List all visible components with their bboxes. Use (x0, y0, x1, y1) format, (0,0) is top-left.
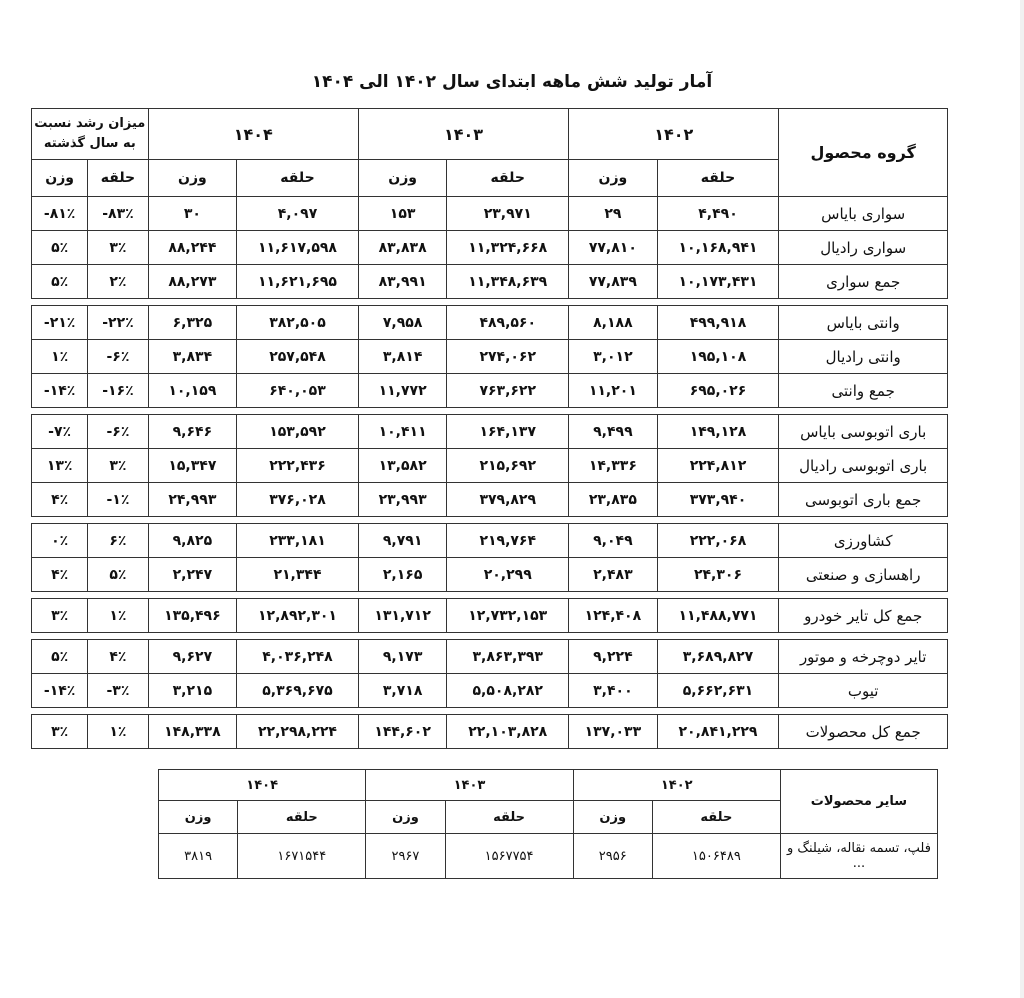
growth-ring-cell: -۲۲٪ (88, 306, 148, 340)
table-row: جمع سواری۱۰,۱۷۳,۴۳۱۷۷,۸۳۹۱۱,۳۴۸,۶۳۹۸۳,۹۹… (32, 265, 948, 299)
weight-1403-cell: ۲۳,۹۹۳ (358, 483, 446, 517)
ring-1403-cell: ۲۱۵,۶۹۲ (447, 449, 569, 483)
growth-weight-cell: -۸۱٪ (32, 197, 88, 231)
growth-ring-cell: ۶٪ (88, 524, 148, 558)
other-ring-header: حلقه (652, 801, 780, 834)
ring-1402-cell: ۱۵۰۶۴۸۹ (652, 834, 780, 879)
growth-ring-cell: ۱٪ (88, 715, 148, 749)
ring-1404-cell: ۲۲,۲۹۸,۲۲۴ (237, 715, 359, 749)
growth-weight-cell: ۱٪ (32, 340, 88, 374)
other-weight-header: وزن (366, 801, 445, 834)
table-row: راهسازی و صنعتی۲۴,۳۰۶۲,۴۸۳۲۰,۲۹۹۲,۱۶۵۲۱,… (32, 558, 948, 592)
product-group-cell: باری اتوبوسی بایاس (779, 415, 948, 449)
weight-1403-cell: ۳,۷۱۸ (358, 674, 446, 708)
ring-1404-cell: ۲۲۲,۴۳۶ (237, 449, 359, 483)
ring-1403-cell: ۳۷۹,۸۲۹ (447, 483, 569, 517)
product-group-cell: وانتی رادیال (779, 340, 948, 374)
other-year-1403-header: ۱۴۰۳ (366, 770, 573, 801)
weight-1403-cell: ۹,۱۷۳ (358, 640, 446, 674)
table-row: سواری بایاس۴,۴۹۰۲۹۲۳,۹۷۱۱۵۳۴,۰۹۷۳۰-۸۳٪-۸… (32, 197, 948, 231)
other-group-header: سایر محصولات (780, 770, 937, 834)
weight-1403-cell: ۱۰,۴۱۱ (358, 415, 446, 449)
growth-weight-header: وزن (32, 160, 88, 197)
growth-weight-cell: -۷٪ (32, 415, 88, 449)
ring-header: حلقه (657, 160, 779, 197)
product-group-cell: تیوب (779, 674, 948, 708)
weight-1404-cell: ۳۸۱۹ (159, 834, 238, 879)
ring-1403-cell: ۲۱۹,۷۶۴ (447, 524, 569, 558)
weight-1403-cell: ۱۴۴,۶۰۲ (358, 715, 446, 749)
table-row: وانتی بایاس۴۹۹,۹۱۸۸,۱۸۸۴۸۹,۵۶۰۷,۹۵۸۳۸۲,۵… (32, 306, 948, 340)
ring-1402-cell: ۲۲۲,۰۶۸ (657, 524, 779, 558)
growth-ring-cell: -۸۳٪ (88, 197, 148, 231)
ring-1403-cell: ۴۸۹,۵۶۰ (447, 306, 569, 340)
weight-1402-cell: ۷۷,۸۱۰ (569, 231, 657, 265)
weight-1404-cell: ۲,۲۴۷ (148, 558, 236, 592)
weight-1403-cell: ۲۹۶۷ (366, 834, 445, 879)
section-divider-cell (32, 517, 948, 524)
production-table: گروه محصول ۱۴۰۲ ۱۴۰۳ ۱۴۰۴ میزان رشد نسبت… (31, 108, 948, 749)
weight-1402-cell: ۱۱,۲۰۱ (569, 374, 657, 408)
growth-ring-cell: -۳٪ (88, 674, 148, 708)
other-year-1402-header: ۱۴۰۲ (573, 770, 780, 801)
weight-1404-cell: ۲۴,۹۹۳ (148, 483, 236, 517)
weight-1402-cell: ۱۲۴,۴۰۸ (569, 599, 657, 633)
growth-ring-cell: ۱٪ (88, 599, 148, 633)
growth-ring-cell: ۴٪ (88, 640, 148, 674)
growth-weight-cell: -۲۱٪ (32, 306, 88, 340)
page-title: آمار تولید شش ماهه ابتدای سال ۱۴۰۲ الی ۱… (0, 72, 1024, 92)
ring-1402-cell: ۱۴۹,۱۲۸ (657, 415, 779, 449)
weight-1404-cell: ۱۴۸,۳۳۸ (148, 715, 236, 749)
table-row: جمع کل محصولات۲۰,۸۴۱,۲۲۹۱۳۷,۰۳۳۲۲,۱۰۳,۸۲… (32, 715, 948, 749)
ring-1403-cell: ۲۷۴,۰۶۲ (447, 340, 569, 374)
weight-1403-cell: ۱۳۱,۷۱۲ (358, 599, 446, 633)
section-divider-cell (32, 408, 948, 415)
growth-weight-cell: ۳٪ (32, 599, 88, 633)
product-group-cell: وانتی بایاس (779, 306, 948, 340)
ring-1404-cell: ۲۵۷,۵۴۸ (237, 340, 359, 374)
product-group-cell: جمع کل محصولات (779, 715, 948, 749)
other-group-cell: فلپ، تسمه نقاله، شیلنگ و ... (780, 834, 937, 879)
section-divider (32, 408, 948, 415)
ring-1402-cell: ۶۹۵,۰۲۶ (657, 374, 779, 408)
product-group-cell: جمع باری اتوبوسی (779, 483, 948, 517)
ring-1404-cell: ۴,۰۳۶,۲۴۸ (237, 640, 359, 674)
growth-ring-cell: -۱٪ (88, 483, 148, 517)
growth-ring-cell: ۵٪ (88, 558, 148, 592)
growth-weight-cell: ۵٪ (32, 231, 88, 265)
growth-weight-cell: -۱۴٪ (32, 674, 88, 708)
growth-weight-cell: ۵٪ (32, 265, 88, 299)
product-group-cell: سواری رادیال (779, 231, 948, 265)
ring-1403-cell: ۱۶۴,۱۳۷ (447, 415, 569, 449)
product-group-header: گروه محصول (779, 109, 948, 197)
ring-1404-cell: ۳۷۶,۰۲۸ (237, 483, 359, 517)
growth-ring-cell: -۶٪ (88, 340, 148, 374)
ring-1402-cell: ۵,۶۶۲,۶۳۱ (657, 674, 779, 708)
weight-1402-cell: ۲۳,۸۳۵ (569, 483, 657, 517)
section-divider-cell (32, 592, 948, 599)
growth-weight-cell: ۴٪ (32, 483, 88, 517)
section-divider (32, 299, 948, 306)
ring-1402-cell: ۴۹۹,۹۱۸ (657, 306, 779, 340)
weight-header: وزن (148, 160, 236, 197)
ring-1402-cell: ۴,۴۹۰ (657, 197, 779, 231)
ring-1403-cell: ۲۳,۹۷۱ (447, 197, 569, 231)
section-divider (32, 517, 948, 524)
weight-1403-cell: ۳,۸۱۴ (358, 340, 446, 374)
ring-1402-cell: ۲۴,۳۰۶ (657, 558, 779, 592)
other-products-table: سایر محصولات ۱۴۰۲ ۱۴۰۳ ۱۴۰۴ حلقه وزن حلق… (158, 769, 938, 879)
ring-1404-cell: ۶۴۰,۰۵۳ (237, 374, 359, 408)
product-group-cell: تایر دوچرخه و موتور (779, 640, 948, 674)
ring-1404-cell: ۱۲,۸۹۲,۳۰۱ (237, 599, 359, 633)
section-divider-cell (32, 708, 948, 715)
page-edge (1020, 0, 1024, 998)
ring-1402-cell: ۱۱,۴۸۸,۷۷۱ (657, 599, 779, 633)
section-divider-cell (32, 299, 948, 306)
growth-ring-cell: -۱۶٪ (88, 374, 148, 408)
weight-header: وزن (569, 160, 657, 197)
product-group-cell: جمع کل تایر خودرو (779, 599, 948, 633)
growth-header: میزان رشد نسبت به سال گذشته (32, 109, 149, 160)
product-group-cell: باری اتوبوسی رادیال (779, 449, 948, 483)
ring-1403-cell: ۱۲,۷۳۲,۱۵۳ (447, 599, 569, 633)
table-row: وانتی رادیال۱۹۵,۱۰۸۳,۰۱۲۲۷۴,۰۶۲۳,۸۱۴۲۵۷,… (32, 340, 948, 374)
ring-1402-cell: ۲۲۴,۸۱۲ (657, 449, 779, 483)
weight-1404-cell: ۳۰ (148, 197, 236, 231)
table-row: باری اتوبوسی رادیال۲۲۴,۸۱۲۱۴,۳۳۶۲۱۵,۶۹۲۱… (32, 449, 948, 483)
ring-1404-cell: ۱۵۳,۵۹۲ (237, 415, 359, 449)
ring-1404-cell: ۲۱,۳۴۴ (237, 558, 359, 592)
other-weight-header: وزن (159, 801, 238, 834)
ring-1403-cell: ۷۶۳,۶۲۲ (447, 374, 569, 408)
table-row: جمع باری اتوبوسی۳۷۳,۹۴۰۲۳,۸۳۵۳۷۹,۸۲۹۲۳,۹… (32, 483, 948, 517)
ring-header: حلقه (447, 160, 569, 197)
product-group-cell: جمع سواری (779, 265, 948, 299)
weight-header: وزن (358, 160, 446, 197)
weight-1402-cell: ۷۷,۸۳۹ (569, 265, 657, 299)
ring-1403-cell: ۳,۸۶۳,۳۹۳ (447, 640, 569, 674)
weight-1404-cell: ۶,۳۲۵ (148, 306, 236, 340)
ring-1404-cell: ۳۸۲,۵۰۵ (237, 306, 359, 340)
weight-1402-cell: ۲۹۵۶ (573, 834, 652, 879)
ring-header: حلقه (237, 160, 359, 197)
weight-1404-cell: ۱۰,۱۵۹ (148, 374, 236, 408)
other-ring-header: حلقه (238, 801, 366, 834)
ring-1402-cell: ۳,۶۸۹,۸۲۷ (657, 640, 779, 674)
weight-1402-cell: ۹,۴۹۹ (569, 415, 657, 449)
ring-1403-cell: ۱۱,۳۲۴,۶۶۸ (447, 231, 569, 265)
ring-1402-cell: ۱۰,۱۷۳,۴۳۱ (657, 265, 779, 299)
ring-1404-cell: ۵,۳۶۹,۶۷۵ (237, 674, 359, 708)
growth-ring-cell: -۶٪ (88, 415, 148, 449)
section-divider (32, 708, 948, 715)
year-1403-header: ۱۴۰۳ (358, 109, 568, 160)
growth-weight-cell: ۱۳٪ (32, 449, 88, 483)
year-1404-header: ۱۴۰۴ (148, 109, 358, 160)
table-row: کشاورزی۲۲۲,۰۶۸۹,۰۴۹۲۱۹,۷۶۴۹,۷۹۱۲۳۳,۱۸۱۹,… (32, 524, 948, 558)
weight-1404-cell: ۳,۸۳۴ (148, 340, 236, 374)
ring-1402-cell: ۳۷۳,۹۴۰ (657, 483, 779, 517)
ring-1403-cell: ۲۰,۲۹۹ (447, 558, 569, 592)
ring-1402-cell: ۲۰,۸۴۱,۲۲۹ (657, 715, 779, 749)
other-weight-header: وزن (573, 801, 652, 834)
weight-1403-cell: ۸۳,۹۹۱ (358, 265, 446, 299)
section-divider (32, 633, 948, 640)
weight-1404-cell: ۸۸,۲۴۴ (148, 231, 236, 265)
weight-1404-cell: ۱۵,۳۴۷ (148, 449, 236, 483)
growth-ring-header: حلقه (88, 160, 148, 197)
weight-1403-cell: ۲,۱۶۵ (358, 558, 446, 592)
year-1402-header: ۱۴۰۲ (569, 109, 779, 160)
weight-1402-cell: ۲,۴۸۳ (569, 558, 657, 592)
weight-1402-cell: ۱۴,۳۳۶ (569, 449, 657, 483)
weight-1402-cell: ۳,۰۱۲ (569, 340, 657, 374)
table-row: باری اتوبوسی بایاس۱۴۹,۱۲۸۹,۴۹۹۱۶۴,۱۳۷۱۰,… (32, 415, 948, 449)
weight-1404-cell: ۸۸,۲۷۳ (148, 265, 236, 299)
growth-weight-cell: -۱۴٪ (32, 374, 88, 408)
ring-1404-cell: ۴,۰۹۷ (237, 197, 359, 231)
weight-1402-cell: ۲۹ (569, 197, 657, 231)
product-group-cell: سواری بایاس (779, 197, 948, 231)
weight-1404-cell: ۹,۶۲۷ (148, 640, 236, 674)
weight-1403-cell: ۱۵۳ (358, 197, 446, 231)
growth-ring-cell: ۳٪ (88, 449, 148, 483)
product-group-cell: راهسازی و صنعتی (779, 558, 948, 592)
other-products-row: فلپ، تسمه نقاله، شیلنگ و ... ۱۵۰۶۴۸۹ ۲۹۵… (159, 834, 938, 879)
product-group-cell: کشاورزی (779, 524, 948, 558)
weight-1402-cell: ۱۳۷,۰۳۳ (569, 715, 657, 749)
weight-1403-cell: ۹,۷۹۱ (358, 524, 446, 558)
weight-1404-cell: ۹,۶۴۶ (148, 415, 236, 449)
weight-1402-cell: ۸,۱۸۸ (569, 306, 657, 340)
growth-weight-cell: ۰٪ (32, 524, 88, 558)
growth-weight-cell: ۵٪ (32, 640, 88, 674)
table-row: جمع کل تایر خودرو۱۱,۴۸۸,۷۷۱۱۲۴,۴۰۸۱۲,۷۳۲… (32, 599, 948, 633)
weight-1403-cell: ۱۳,۵۸۲ (358, 449, 446, 483)
growth-weight-cell: ۳٪ (32, 715, 88, 749)
ring-1402-cell: ۱۹۵,۱۰۸ (657, 340, 779, 374)
ring-1403-cell: ۱۱,۳۴۸,۶۳۹ (447, 265, 569, 299)
section-divider (32, 592, 948, 599)
other-year-1404-header: ۱۴۰۴ (159, 770, 366, 801)
ring-1404-cell: ۲۳۳,۱۸۱ (237, 524, 359, 558)
growth-ring-cell: ۳٪ (88, 231, 148, 265)
production-table-body: سواری بایاس۴,۴۹۰۲۹۲۳,۹۷۱۱۵۳۴,۰۹۷۳۰-۸۳٪-۸… (32, 197, 948, 749)
weight-1402-cell: ۹,۲۲۴ (569, 640, 657, 674)
weight-1403-cell: ۸۳,۸۳۸ (358, 231, 446, 265)
other-ring-header: حلقه (445, 801, 573, 834)
weight-1402-cell: ۹,۰۴۹ (569, 524, 657, 558)
table-row: تیوب۵,۶۶۲,۶۳۱۳,۴۰۰۵,۵۰۸,۲۸۲۳,۷۱۸۵,۳۶۹,۶۷… (32, 674, 948, 708)
weight-1404-cell: ۱۳۵,۴۹۶ (148, 599, 236, 633)
weight-1404-cell: ۹,۸۲۵ (148, 524, 236, 558)
table-row: جمع وانتی۶۹۵,۰۲۶۱۱,۲۰۱۷۶۳,۶۲۲۱۱,۷۷۲۶۴۰,۰… (32, 374, 948, 408)
weight-1403-cell: ۱۱,۷۷۲ (358, 374, 446, 408)
ring-1403-cell: ۲۲,۱۰۳,۸۲۸ (447, 715, 569, 749)
growth-weight-cell: ۴٪ (32, 558, 88, 592)
ring-1403-cell: ۵,۵۰۸,۲۸۲ (447, 674, 569, 708)
section-divider-cell (32, 633, 948, 640)
growth-ring-cell: ۲٪ (88, 265, 148, 299)
table-row: تایر دوچرخه و موتور۳,۶۸۹,۸۲۷۹,۲۲۴۳,۸۶۳,۳… (32, 640, 948, 674)
weight-1402-cell: ۳,۴۰۰ (569, 674, 657, 708)
ring-1404-cell: ۱۱,۶۲۱,۶۹۵ (237, 265, 359, 299)
weight-1403-cell: ۷,۹۵۸ (358, 306, 446, 340)
ring-1404-cell: ۱۶۷۱۵۴۴ (238, 834, 366, 879)
product-group-cell: جمع وانتی (779, 374, 948, 408)
table-row: سواری رادیال۱۰,۱۶۸,۹۴۱۷۷,۸۱۰۱۱,۳۲۴,۶۶۸۸۳… (32, 231, 948, 265)
ring-1402-cell: ۱۰,۱۶۸,۹۴۱ (657, 231, 779, 265)
ring-1404-cell: ۱۱,۶۱۷,۵۹۸ (237, 231, 359, 265)
ring-1403-cell: ۱۵۶۷۷۵۴ (445, 834, 573, 879)
weight-1404-cell: ۳,۲۱۵ (148, 674, 236, 708)
